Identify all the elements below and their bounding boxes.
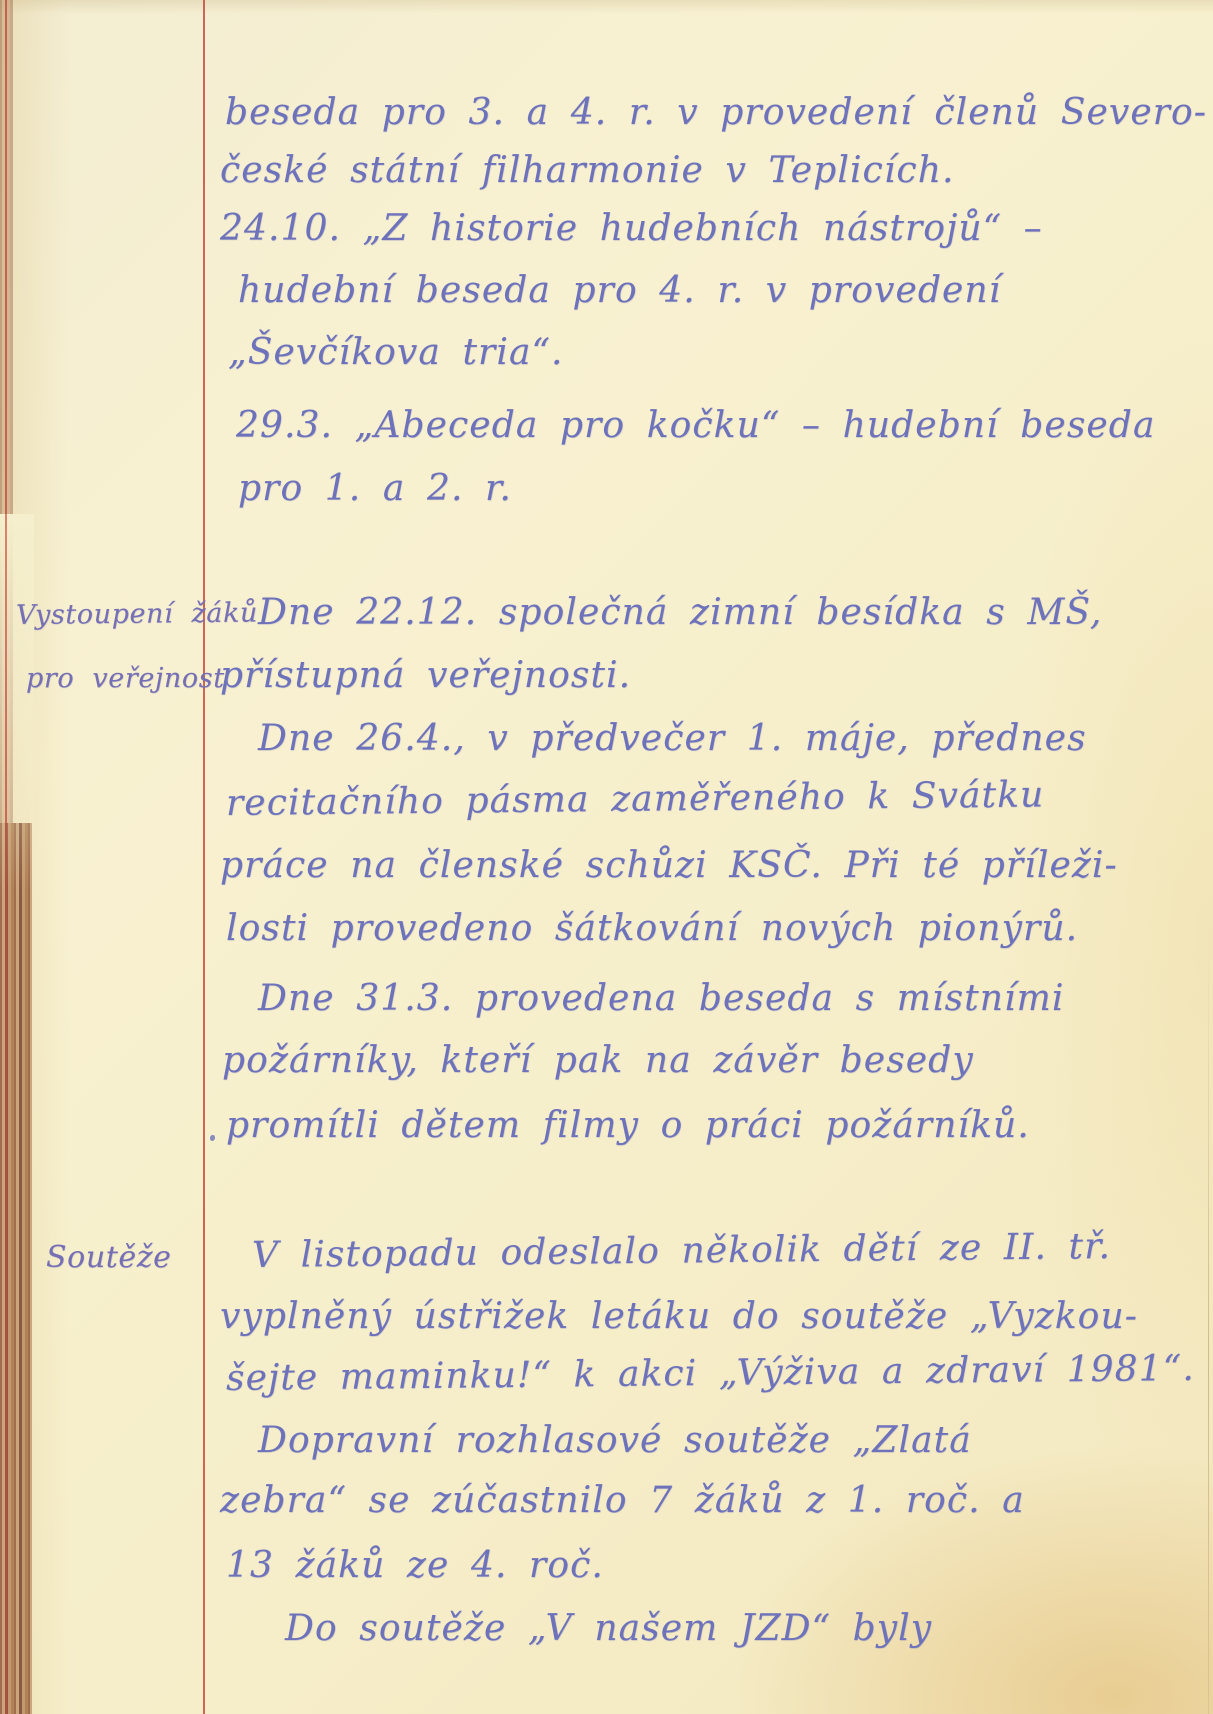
- ink-speck: [210, 1135, 215, 1141]
- handwritten-line: Do soutěže „V našem JZD“ byly: [285, 1608, 932, 1649]
- handwritten-line: Dopravní rozhlasové soutěže „Zlatá: [258, 1420, 972, 1461]
- handwritten-line: 24.10. „Z historie hudebních nástrojů“ –: [220, 208, 1043, 249]
- margin-note-pro-verejnost: pro veřejnost: [26, 663, 225, 694]
- margin-note-souteze: Soutěže: [46, 1240, 172, 1275]
- handwritten-line: beseda pro 3. a 4. r. v provedení členů …: [225, 92, 1207, 133]
- handwritten-line: promítli dětem filmy o práci požárníků.: [226, 1105, 1030, 1146]
- handwritten-line: práce na členské schůzi KSČ. Při té příl…: [220, 845, 1118, 886]
- handwritten-line: Dne 31.3. provedena beseda s místními: [258, 978, 1065, 1019]
- handwritten-line: zebra“ se zúčastnilo 7 žáků z 1. roč. a: [220, 1480, 1025, 1521]
- handwritten-line: 29.3. „Abeceda pro kočku“ – hudební bese…: [236, 405, 1156, 446]
- handwritten-line: hudební beseda pro 4. r. v provedení: [238, 270, 1001, 311]
- handwritten-line: recitačního pásma zaměřeného k Svátku: [226, 774, 1045, 824]
- handwritten-line: přístupná veřejnosti.: [220, 655, 631, 696]
- margin-rule-line: [203, 0, 205, 1714]
- page-edge-red-line: [5, 0, 7, 1714]
- handwritten-line: losti provedeno šátkování nových pionýrů…: [226, 908, 1078, 949]
- chronicle-page: Vystoupení žáků pro veřejnost Soutěže be…: [0, 0, 1213, 1714]
- handwritten-line: české státní filharmonie v Teplicích.: [220, 150, 955, 191]
- handwritten-line: 13 žáků ze 4. roč.: [226, 1545, 604, 1586]
- margin-note-vystoupeni-zaku: Vystoupení žáků: [16, 597, 258, 631]
- handwritten-line: vyplněný ústřižek letáku do soutěže „Vyz…: [220, 1296, 1138, 1337]
- handwritten-line: šejte maminku!“ k akci „Výživa a zdraví …: [226, 1348, 1195, 1399]
- handwritten-line: V listopadu odeslalo několik dětí ze II.…: [252, 1226, 1111, 1276]
- handwritten-line: pro 1. a 2. r.: [238, 468, 512, 509]
- handwritten-line: požárníky, kteří pak na závěr besedy: [222, 1040, 974, 1081]
- page-right-edge: [1208, 0, 1209, 1714]
- handwritten-line: Dne 22.12. společná zimní besídka s MŠ,: [258, 592, 1102, 633]
- handwritten-line: Dne 26.4., v předvečer 1. máje, přednes: [258, 718, 1087, 759]
- handwritten-line: „Ševčíkova tria“.: [228, 332, 564, 373]
